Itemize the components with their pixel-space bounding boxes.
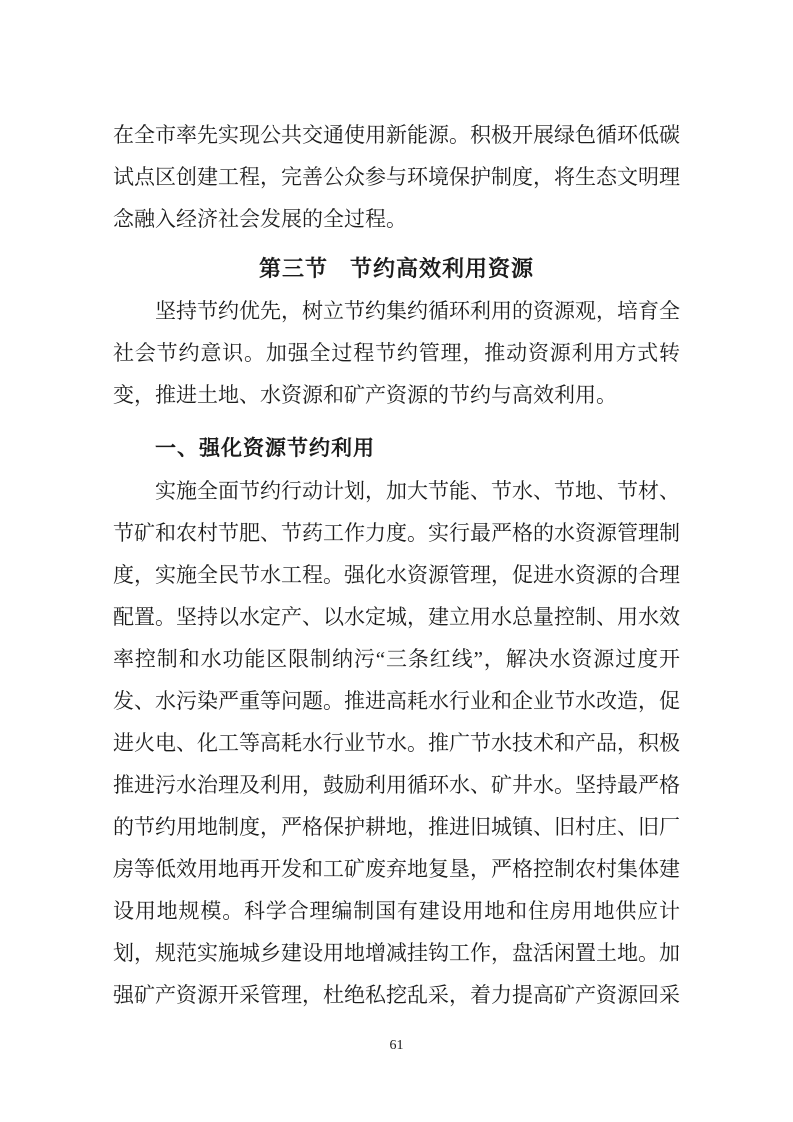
document-page: 在全市率先实现公共交通使用新能源。积极开展绿色循环低碳试点区创建工程，完善公众参…	[0, 0, 793, 1122]
page-number: 61	[0, 1037, 793, 1055]
paragraph-continued-from-previous-page: 在全市率先实现公共交通使用新能源。积极开展绿色循环低碳试点区创建工程，完善公众参…	[113, 114, 680, 240]
page-content: 在全市率先实现公共交通使用新能源。积极开展绿色循环低碳试点区创建工程，完善公众参…	[113, 114, 680, 1016]
subsection-heading: 一、强化资源节约利用	[113, 428, 680, 470]
section-title: 节约高效利用资源	[350, 256, 534, 281]
section-heading: 第三节节约高效利用资源	[113, 248, 680, 290]
paragraph-section-intro: 坚持节约优先，树立节约集约循环利用的资源观，培育全社会节约意识。加强全过程节约管…	[113, 290, 680, 416]
paragraph-subsection-body: 实施全面节约行动计划，加大节能、节水、节地、节材、节矿和农村节肥、节药工作力度。…	[113, 470, 680, 1016]
section-number-label: 第三节	[259, 256, 328, 281]
